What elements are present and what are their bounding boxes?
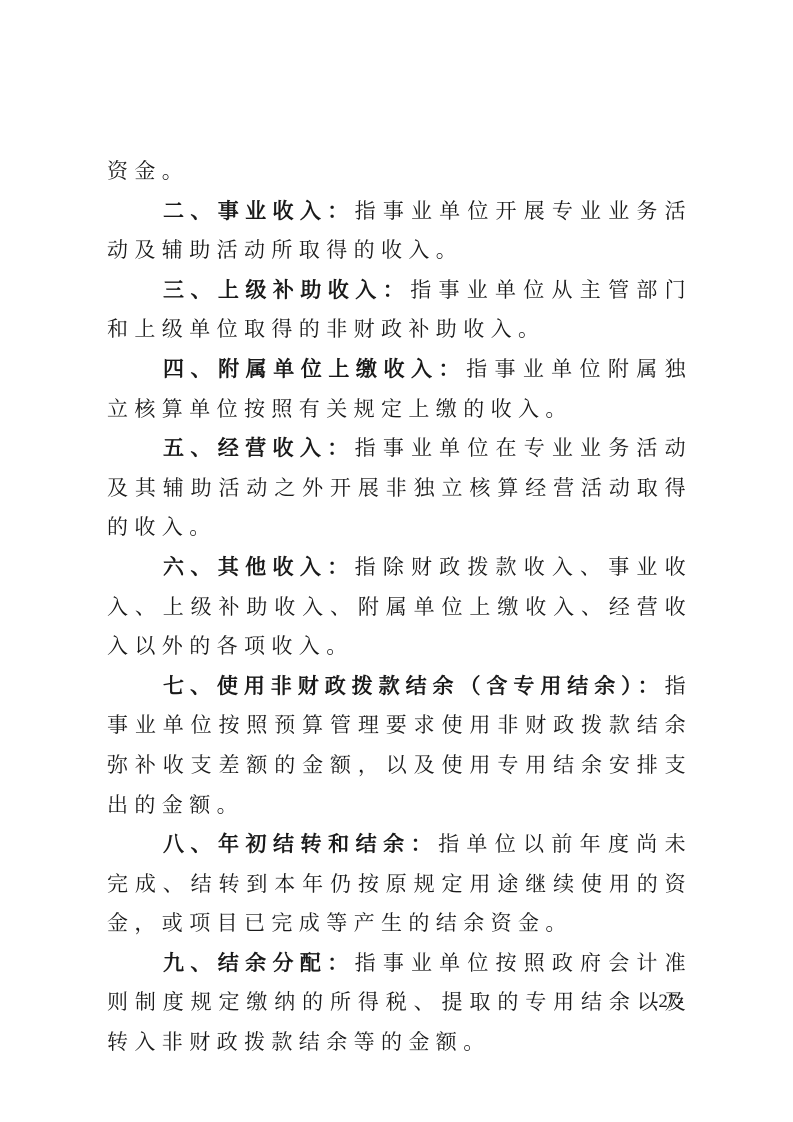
section-opening-carryover: 八、年初结转和结余：指单位以前年度尚未完成、结转到本年仍按原规定用途继续使用的资… [107, 825, 692, 944]
section-term: 二、事业收入： [163, 199, 355, 223]
section-superior-subsidy-income: 三、上级补助收入：指事业单位从主管部门和上级单位取得的非财政补助收入。 [107, 271, 692, 350]
section-operating-income: 五、经营收入：指事业单位在专业业务活动及其辅助活动之外开展非独立核算经营活动取得… [107, 429, 692, 548]
section-other-income: 六、其他收入：指除财政拨款收入、事业收入、上级补助收入、附属单位上缴收入、经营收… [107, 548, 692, 667]
section-term: 七、使用非财政拨款结余（含专用结余）： [163, 674, 665, 698]
section-term: 九、结余分配： [163, 951, 355, 975]
document-page: 资金。 二、事业收入：指事业单位开展专业业务活动及辅助活动所取得的收入。 三、上… [107, 152, 692, 1063]
page-number: -27- [652, 991, 684, 1013]
section-non-fiscal-balance-use: 七、使用非财政拨款结余（含专用结余）：指事业单位按照预算管理要求使用非财政拨款结… [107, 667, 692, 825]
section-term: 六、其他收入： [163, 555, 355, 579]
section-term: 四、附属单位上缴收入： [163, 357, 466, 381]
section-subsidiary-remittance-income: 四、附属单位上缴收入：指事业单位附属独立核算单位按照有关规定上缴的收入。 [107, 350, 692, 429]
section-term: 八、年初结转和结余： [163, 832, 438, 856]
lead-paragraph: 资金。 [107, 152, 692, 192]
section-business-income: 二、事业收入：指事业单位开展专业业务活动及辅助活动所取得的收入。 [107, 192, 692, 271]
section-term: 三、上级补助收入： [163, 278, 410, 302]
section-term: 五、经营收入： [163, 436, 355, 460]
section-balance-distribution: 九、结余分配：指事业单位按照政府会计准则制度规定缴纳的所得税、提取的专用结余以及… [107, 944, 692, 1063]
